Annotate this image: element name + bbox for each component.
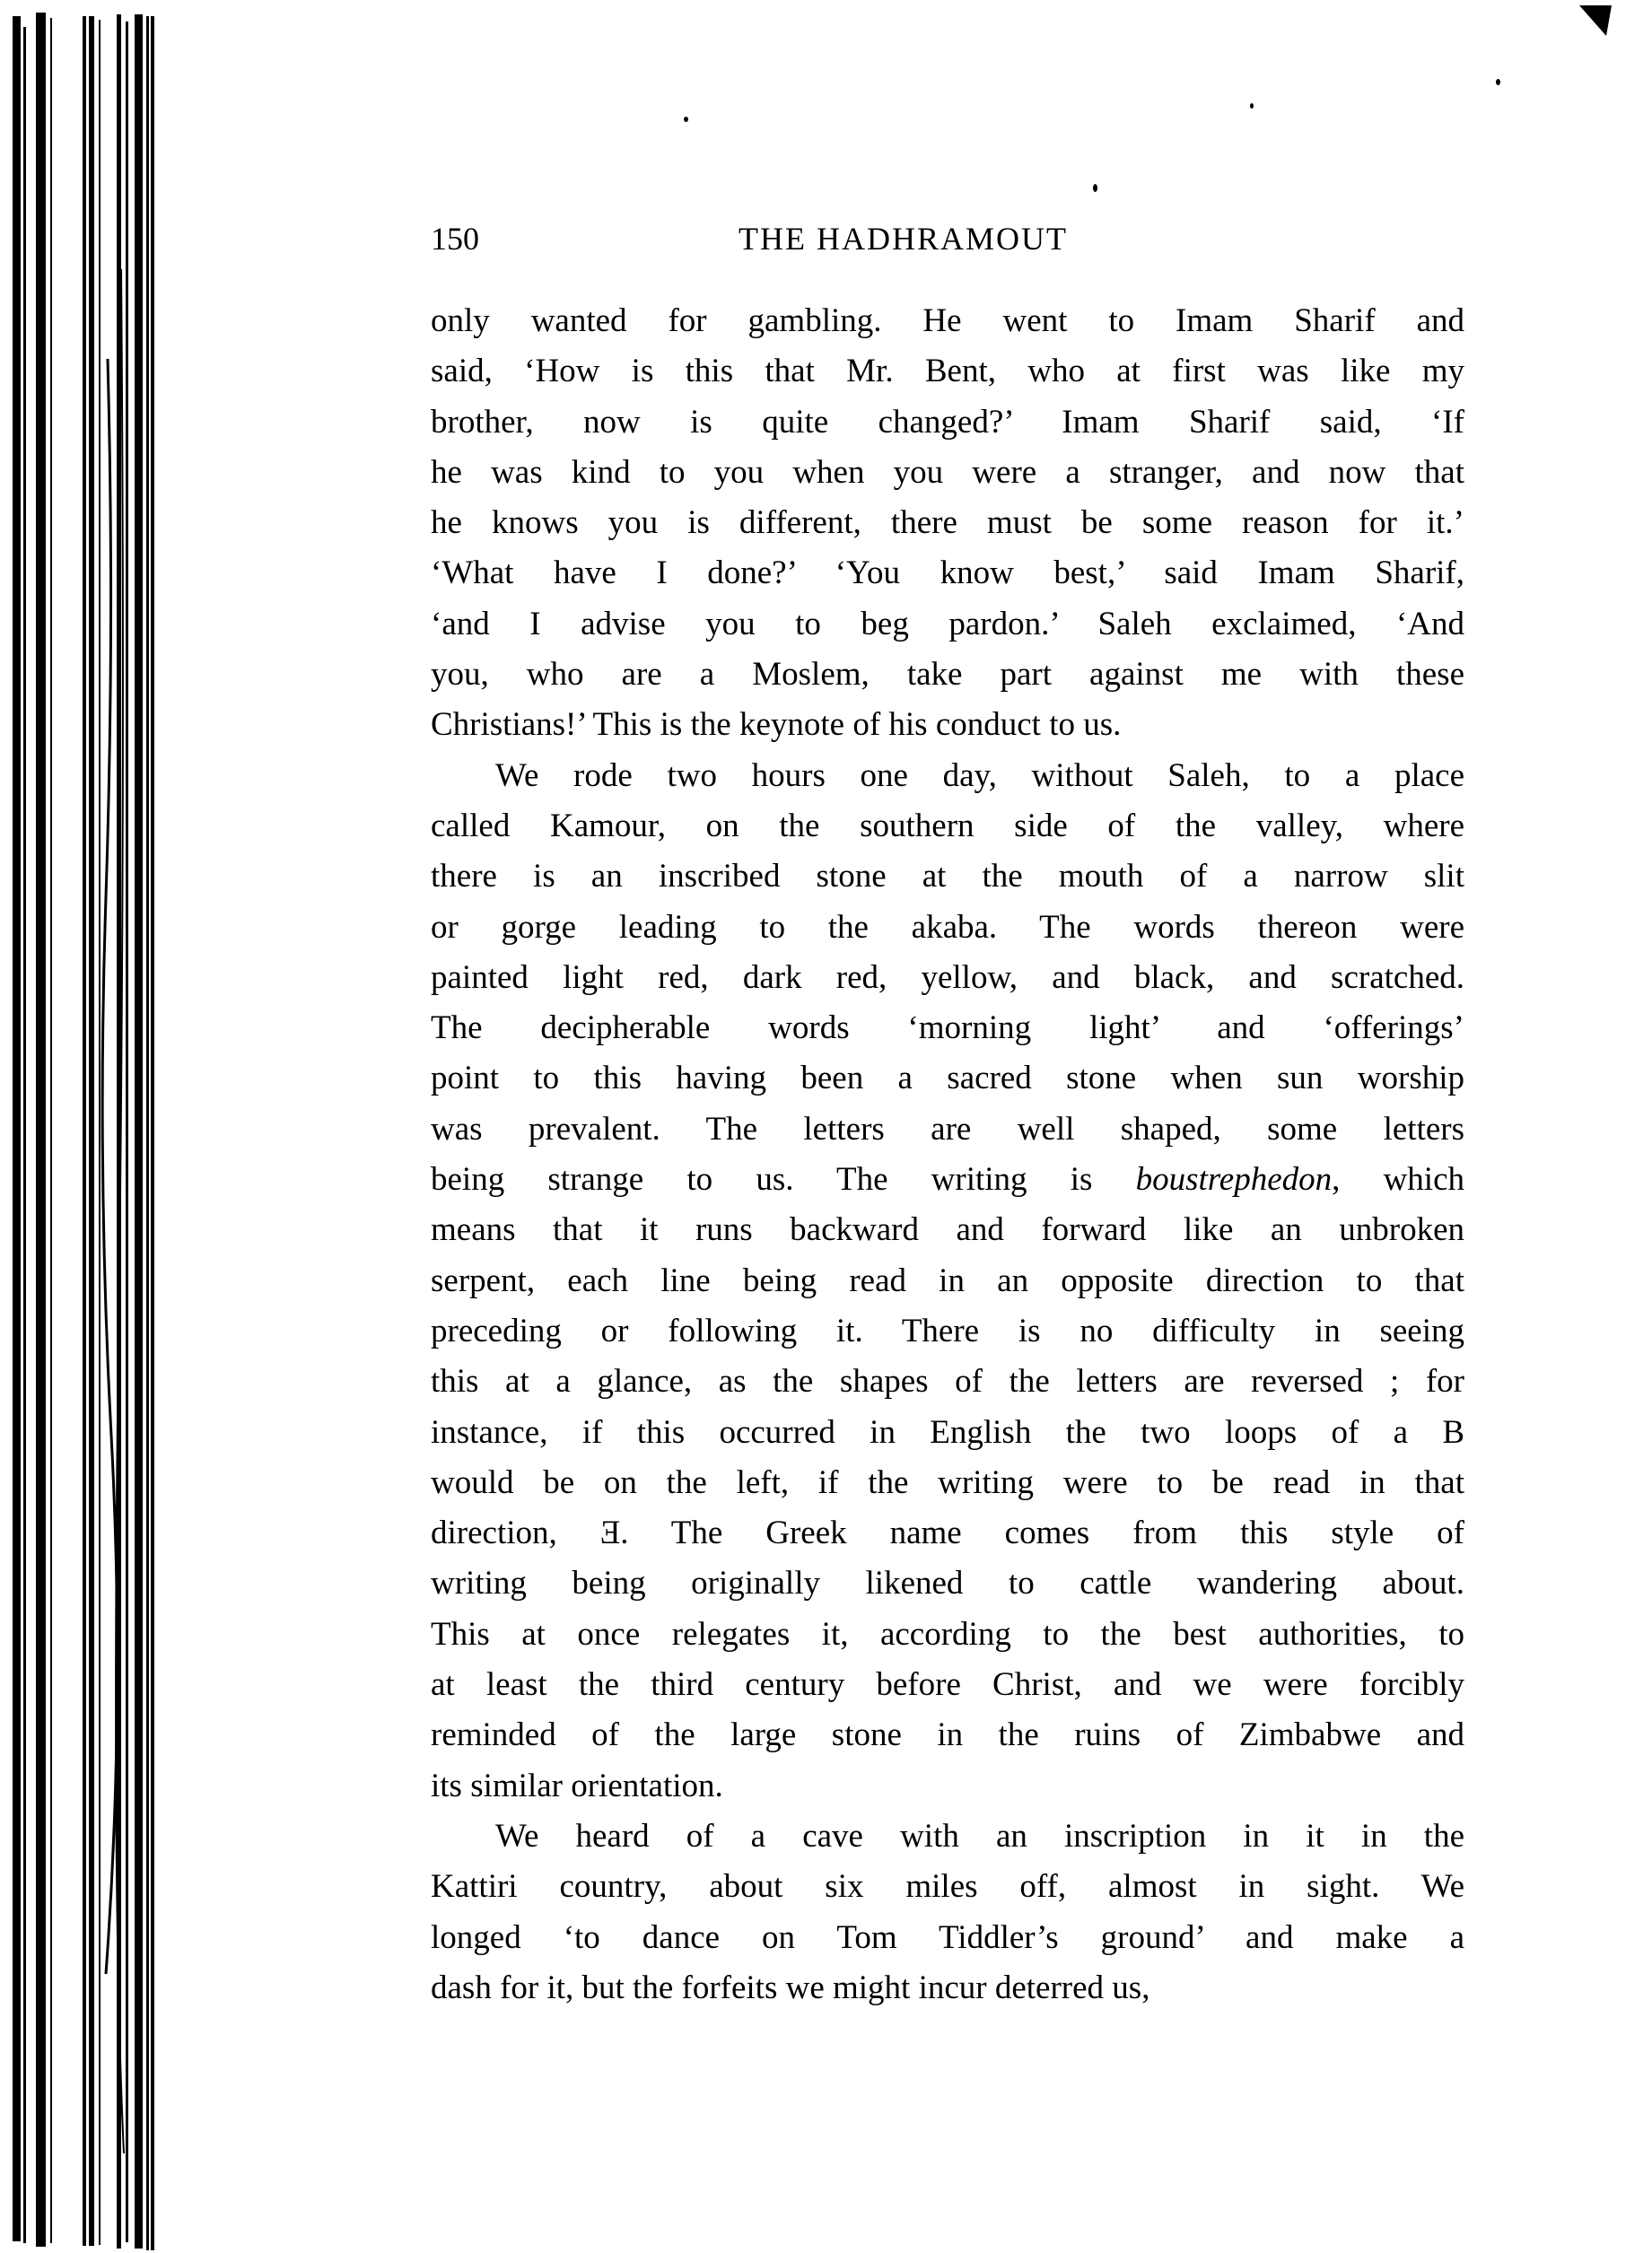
text-line: he was kind to you when you were a stran…	[431, 448, 1464, 498]
text-line: instance, if this occurred in English th…	[431, 1408, 1464, 1458]
text-line: point to this having been a sacred stone…	[431, 1053, 1464, 1104]
text-line: dash for it, but the forfeits we might i…	[431, 1963, 1464, 2013]
scan-speck	[684, 117, 688, 122]
text-line: writing being originally likened to catt…	[431, 1559, 1464, 1609]
scan-corner-mark	[1579, 5, 1612, 36]
text-line: We rode two hours one day, without Saleh…	[431, 751, 1464, 801]
body-text: only wanted for gambling. He went to Ima…	[431, 296, 1464, 2013]
text-line: this at a glance, as the shapes of the l…	[431, 1357, 1464, 1407]
text-line: painted light red, dark red, yellow, and…	[431, 953, 1464, 1003]
running-title: THE HADHRAMOUT	[739, 219, 1068, 258]
running-head: 150 THE HADHRAMOUT	[431, 219, 1464, 258]
text-line: was prevalent. The letters are well shap…	[431, 1105, 1464, 1155]
paragraph: only wanted for gambling. He went to Ima…	[431, 296, 1464, 751]
text-line: being strange to us. The writing is bous…	[431, 1155, 1464, 1205]
text-line: you, who are a Moslem, take part against…	[431, 650, 1464, 700]
text-line: The decipherable words ‘morning light’ a…	[431, 1003, 1464, 1053]
text-line: longed ‘to dance on Tom Tiddler’s ground…	[431, 1913, 1464, 1963]
text-line: Kattiri country, about six miles off, al…	[431, 1862, 1464, 1912]
paragraph: We rode two hours one day, without Saleh…	[431, 751, 1464, 1812]
text-line: he knows you is different, there must be…	[431, 498, 1464, 548]
text-line: ‘and I advise you to beg pardon.’ Saleh …	[431, 599, 1464, 650]
text-line: called Kamour, on the southern side of t…	[431, 801, 1464, 851]
scan-speck	[1093, 184, 1097, 192]
text-line: We heard of a cave with an inscription i…	[431, 1812, 1464, 1862]
scan-speck	[1496, 79, 1500, 85]
page-number: 150	[431, 219, 479, 258]
book-binding-edge	[0, 0, 162, 2253]
text-line: brother, now is quite changed?’ Imam Sha…	[431, 397, 1464, 448]
text-line: direction, Ǝ. The Greek name comes from …	[431, 1508, 1464, 1559]
text-line: means that it runs backward and forward …	[431, 1205, 1464, 1255]
text-line: said, ‘How is this that Mr. Bent, who at…	[431, 346, 1464, 397]
text-line: only wanted for gambling. He went to Ima…	[431, 296, 1464, 346]
text-line: serpent, each line being read in an oppo…	[431, 1256, 1464, 1306]
text-line: or gorge leading to the akaba. The words…	[431, 903, 1464, 953]
scan-speck	[1250, 103, 1254, 109]
text-line: would be on the left, if the writing wer…	[431, 1458, 1464, 1508]
text-line: there is an inscribed stone at the mouth…	[431, 851, 1464, 902]
text-line: reminded of the large stone in the ruins…	[431, 1710, 1464, 1760]
text-line: ‘What have I done?’ ‘You know best,’ sai…	[431, 548, 1464, 598]
text-line: Christians!’ This is the keynote of his …	[431, 700, 1464, 750]
paragraph: We heard of a cave with an inscription i…	[431, 1812, 1464, 2013]
italic-term: boustrephedon	[1136, 1161, 1333, 1198]
text-line: This at once relegates it, according to …	[431, 1610, 1464, 1660]
text-line: at least the third century before Christ…	[431, 1660, 1464, 1710]
text-line: preceding or following it. There is no d…	[431, 1306, 1464, 1357]
text-line: its similar orientation.	[431, 1761, 1464, 1812]
